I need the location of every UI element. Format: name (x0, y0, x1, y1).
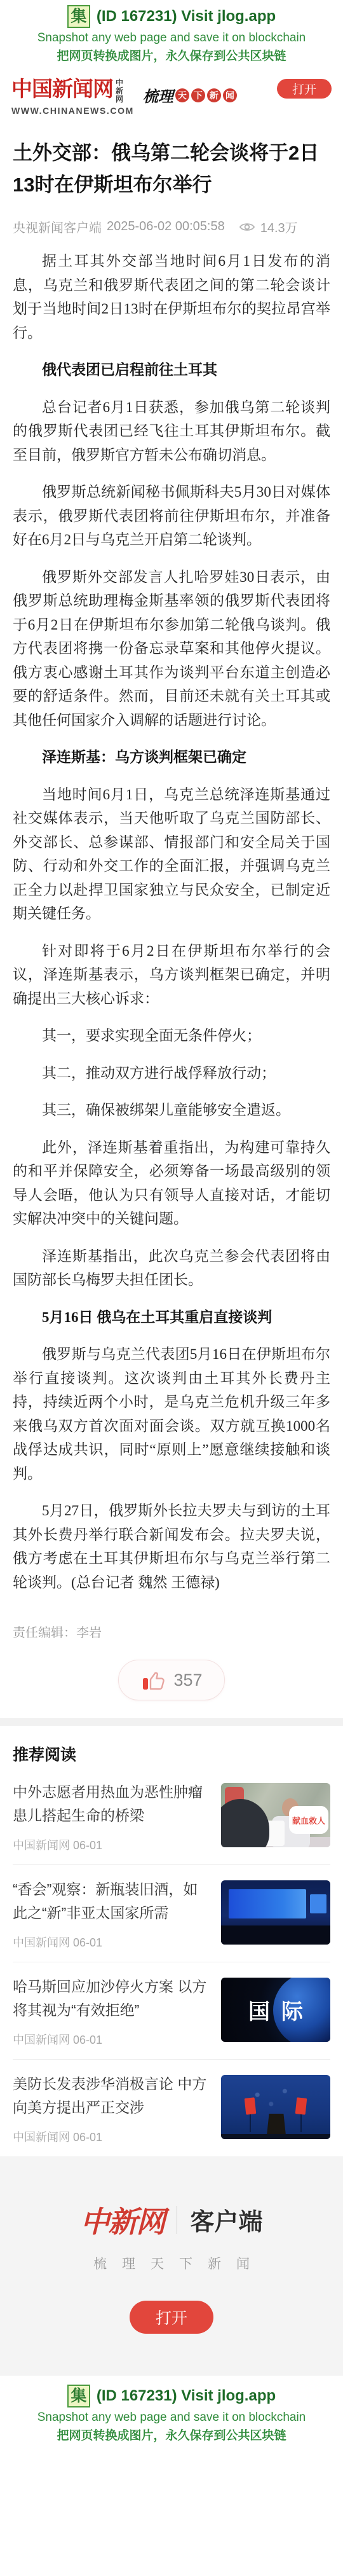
chinanews-url-text: WWW.CHINANEWS.COM (11, 106, 134, 116)
footer-logo-brand-text: 中新网 (80, 2199, 164, 2241)
article-paragraph: 其三，确保被绑架儿童能够安全遣返。 (13, 1098, 330, 1122)
recommend-item[interactable]: 中外志愿者用热血为恶性肿瘤患儿搭起生命的桥梁 中国新闻网 06-01 献血救人 (13, 1768, 330, 1865)
promo-link[interactable]: 集 (ID 167231) Visit jlog.app (0, 2385, 343, 2407)
recommend-heading: 推荐阅读 (13, 1742, 330, 1765)
article-paragraph: 据土耳其外交部当地时间6月1日发布的消息，乌克兰和俄罗斯代表团之间的第二轮会谈计… (13, 249, 330, 345)
chinanews-logo-side-text: 中新网 (116, 79, 124, 104)
footer-tagline: 梳理天下新闻 (78, 2254, 265, 2273)
recommend-item-source: 中国新闻网 06-01 (13, 1836, 211, 1853)
recommend-item-source: 中国新闻网 06-01 (13, 2128, 211, 2145)
article-paragraph: 其一，要求实现全面无条件停火； (13, 1024, 330, 1048)
tagline-circle-char: 天 (175, 88, 189, 102)
recommend-item[interactable]: “香会”观察：新瓶装旧酒，如此之“新”非亚太国家所需 中国新闻网 06-01 (13, 1865, 330, 1962)
recommend-item-thumbnail (221, 2075, 330, 2139)
promo-link[interactable]: 集 (ID 167231) Visit jlog.app (0, 5, 343, 28)
article-paragraph: 俄罗斯总统新闻秘书佩斯科夫5月30日对媒体表示，俄罗斯代表团将前往伊斯坦布尔，并… (13, 480, 330, 552)
promo-title: (ID 167231) Visit jlog.app (97, 8, 276, 25)
recommend-item-thumbnail: 献血救人 (221, 1783, 330, 1847)
recommend-item-source: 中国新闻网 06-01 (13, 2031, 211, 2048)
article-subheading: 泽连斯基：乌方谈判框架已确定 (13, 745, 330, 769)
recommend-item-title: “香会”观察：新瓶装旧酒，如此之“新”非亚太国家所需 (13, 1878, 211, 1925)
promo-subtitle-zh: 把网页转换成图片，永久保存到公共区块链 (0, 46, 343, 64)
like-button[interactable]: 357 (118, 1660, 224, 1700)
footer-logo-client-text: 客户端 (190, 2202, 262, 2237)
promo-banner-bottom: 集 (ID 167231) Visit jlog.app Snapshot an… (0, 2376, 343, 2452)
tagline-circle-char: 下 (191, 88, 205, 102)
ji-badge-icon: 集 (67, 2385, 90, 2407)
open-app-button-bottom[interactable]: 打开 (130, 2301, 213, 2334)
thumbs-up-icon (140, 1669, 166, 1691)
article-source: 央视新闻客户端 (13, 217, 102, 236)
like-section: 357 (0, 1660, 343, 1700)
recommend-item-source: 中国新闻网 06-01 (13, 1934, 211, 1950)
chinanews-logo-text: 中国新闻网 (11, 78, 113, 100)
recommend-item[interactable]: 哈马斯回应加沙停火方案 以方将其视为“有效拒绝” 中国新闻网 06-01 国际 (13, 1962, 330, 2060)
tagline-circle-char: 新 (207, 88, 221, 102)
article-datetime: 2025-06-02 00:05:58 (107, 219, 225, 234)
article-paragraph: 针对即将于6月2日在伊斯坦布尔举行的会议，泽连斯基表示，乌方谈判框架已确定，并明… (13, 939, 330, 1011)
article-paragraph: 当地时间6月1日，乌克兰总统泽连斯基通过社交媒体表示，当天他听取了乌克兰国防部长… (13, 783, 330, 926)
app-download-footer: 中新网 客户端 梳理天下新闻 打开 (0, 2156, 343, 2376)
recommend-item-thumbnail: 国际 (221, 1978, 330, 2042)
article-body: 据土耳其外交部当地时间6月1日发布的消息，乌克兰和俄罗斯代表团之间的第二轮会谈计… (0, 249, 343, 1594)
article-paragraph: 总台记者6月1日获悉，参加俄乌第二轮谈判的俄罗斯代表团已经飞往土耳其伊斯坦布尔。… (13, 396, 330, 467)
article-view-count: 14.3万 (260, 217, 298, 236)
article-title: 土外交部：俄乌第二轮会谈将于2日13时在伊斯坦布尔举行 (13, 137, 330, 201)
recommend-list: 中外志愿者用热血为恶性肿瘤患儿搭起生命的桥梁 中国新闻网 06-01 献血救人 … (13, 1768, 330, 2156)
recommend-item[interactable]: 美防长发表涉华消极言论 中方向美方提出严正交涉 中国新闻网 06-01 (13, 2060, 330, 2156)
recommend-section: 推荐阅读 中外志愿者用热血为恶性肿瘤患儿搭起生命的桥梁 中国新闻网 06-01 … (0, 1742, 343, 2156)
chinanews-logo[interactable]: 中国新闻网 中新网 WWW.CHINANEWS.COM (11, 78, 134, 116)
article-subheading: 5月16日 俄乌在土耳其重启直接谈判 (13, 1305, 330, 1330)
tagline-prefix-text: 梳理 (143, 84, 173, 106)
open-app-button-top[interactable]: 打开 (277, 79, 332, 99)
tagline-logo: 梳理 天下新闻 (143, 84, 237, 106)
footer-app-logo: 中新网 客户端 (80, 2199, 262, 2241)
promo-subtitle-en: Snapshot any web page and save it on blo… (0, 31, 343, 45)
article-paragraph: 俄罗斯外交部发言人扎哈罗娃30日表示，由俄罗斯总统助理梅金斯基率领的俄罗斯代表团… (13, 565, 330, 733)
promo-subtitle-zh: 把网页转换成图片，永久保存到公共区块链 (0, 2426, 343, 2443)
article-paragraph: 此外，泽连斯基着重指出，为构建可靠持久的和平并保障安全，必须筹备一场最高级别的领… (13, 1136, 330, 1231)
editor-label: 责任编辑：李岩 (13, 1622, 330, 1641)
tagline-circles: 天下新闻 (173, 88, 237, 102)
recommend-item-thumbnail (221, 1880, 330, 1945)
tagline-circle-char: 闻 (223, 88, 237, 102)
recommend-item-title: 中外志愿者用热血为恶性肿瘤患儿搭起生命的桥梁 (13, 1780, 211, 1828)
recommend-item-title: 美防长发表涉华消极言论 中方向美方提出严正交涉 (13, 2072, 211, 2119)
recommend-item-title: 哈马斯回应加沙停火方案 以方将其视为“有效拒绝” (13, 1975, 211, 2022)
site-header: 中国新闻网 中新网 WWW.CHINANEWS.COM 梳理 天下新闻 打开 (0, 70, 343, 123)
promo-title: (ID 167231) Visit jlog.app (97, 2387, 276, 2405)
footer-logo-divider (177, 2206, 177, 2234)
article: 土外交部：俄乌第二轮会谈将于2日13时在伊斯坦布尔举行 央视新闻客户端 2025… (0, 137, 343, 1700)
article-paragraph: 俄罗斯与乌克兰代表团5月16日在伊斯坦布尔举行直接谈判。这次谈判由土耳其外长费丹… (13, 1342, 330, 1485)
section-divider (0, 1718, 343, 1726)
article-paragraph: 泽连斯基指出，此次乌克兰参会代表团将由国防部长乌梅罗夫担任团长。 (13, 1244, 330, 1292)
ji-badge-icon: 集 (67, 5, 90, 28)
article-paragraph: 5月27日，俄罗斯外长拉夫罗夫与到访的土耳其外长费丹举行联合新闻发布会。拉夫罗夫… (13, 1499, 330, 1594)
promo-subtitle-en: Snapshot any web page and save it on blo… (0, 2411, 343, 2425)
article-paragraph: 其二，推动双方进行战俘释放行动； (13, 1061, 330, 1085)
article-subheading: 俄代表团已启程前往土耳其 (13, 358, 330, 382)
eye-icon (239, 221, 255, 233)
promo-banner-top: 集 (ID 167231) Visit jlog.app Snapshot an… (0, 0, 343, 70)
article-meta: 央视新闻客户端 2025-06-02 00:05:58 14.3万 (13, 217, 330, 236)
like-count: 357 (173, 1670, 202, 1690)
